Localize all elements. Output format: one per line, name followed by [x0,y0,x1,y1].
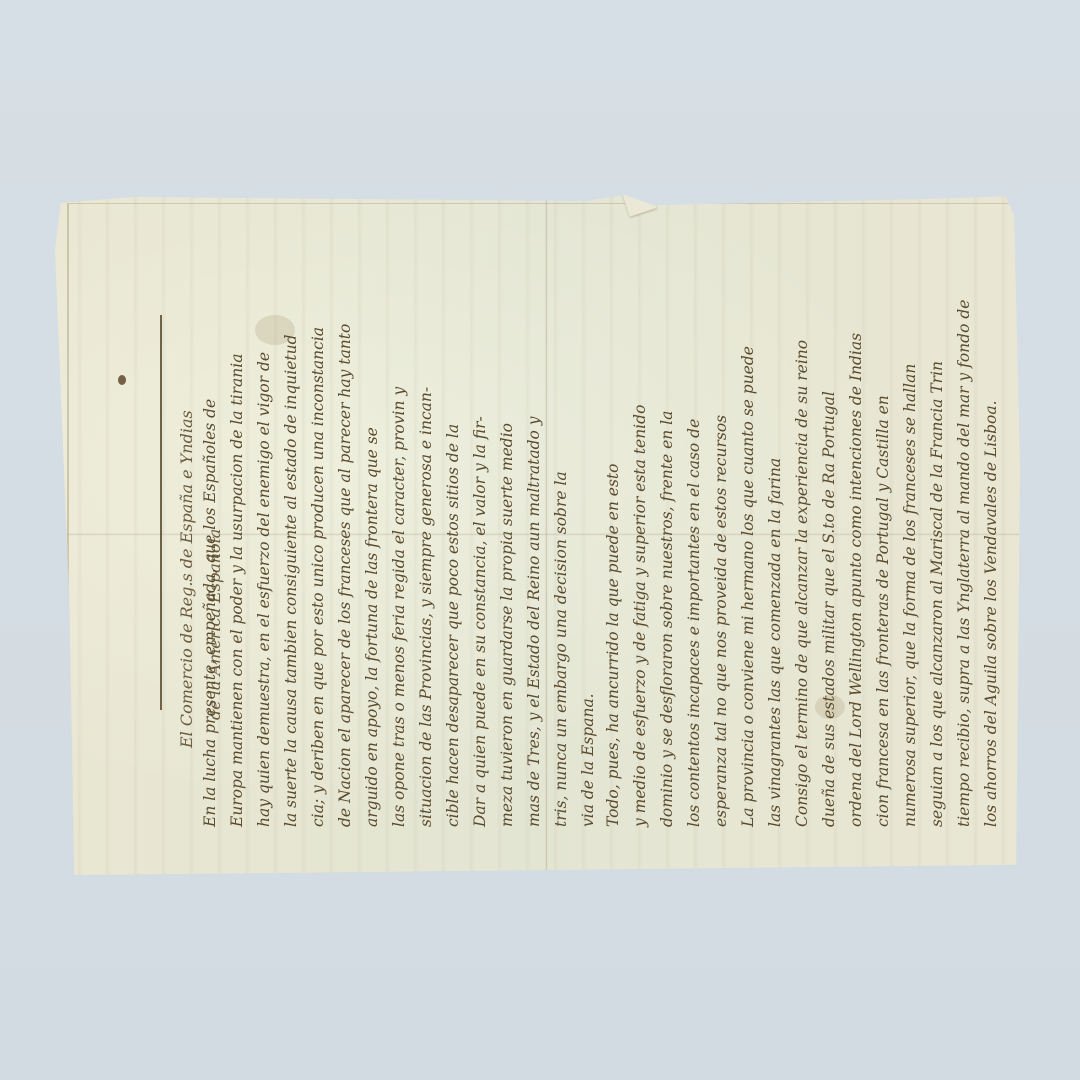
text-line: tris, nunca un embargo una decision sobr… [548,324,575,827]
text-line: arguido en apoyo, la fortuna de las fron… [359,324,386,827]
text-line: meza tuvieron en guardarse la propia sue… [494,324,521,827]
text-line: de Nacion el aparecer de los franceses q… [332,324,359,827]
text-line: situacion de las Provincias, y siempre g… [413,324,440,827]
text-line: y medio de esfuerzo y de fatiga y superi… [627,300,654,827]
text-line: dueña de sus estados militar que el S.to… [816,300,843,827]
ink-blot [118,375,126,385]
text-line: la suerte la causa tambien consiguiente … [278,324,305,827]
text-line: En la lucha presente, empeñada, que los … [197,324,224,827]
text-line: las opone tras o menos feria regida el c… [386,324,413,827]
text-line: esperanza tal no que nos proveida de est… [708,300,735,827]
text-line: cion francesa en las fronteras de Portug… [870,300,897,827]
text-line: dominio y se desfloraron sobre nuestros,… [654,300,681,827]
heading-divider-line [160,315,162,710]
text-line: via de la Espana. [575,324,602,827]
text-line: La provincia o conviene mi hermano los q… [735,300,762,827]
text-line: ordena del Lord Wellington apunto como i… [843,300,870,827]
text-line: las vinagrantes las que comenzada en la … [762,300,789,827]
text-line: Todo, pues, ha ancurrido la que puede en… [600,300,627,827]
text-line: Consigo el termino de que alcanzar la ex… [789,300,816,827]
text-line: tiempo recibio, supra a las Ynglaterra a… [951,300,978,827]
text-line: hay quien demuestra, en el esfuerzo del … [251,324,278,827]
text-line: Dar a quien puede en su constancia, el v… [467,324,494,827]
body-text-left: En la lucha presente, empeñada, que los … [197,324,602,827]
body-text-right: Todo, pues, ha ancurrido la que puede en… [600,300,1005,827]
torn-corner [622,183,657,216]
text-line: mas de Tres, y el Estado del Reino aun m… [521,324,548,827]
text-line: los contentos incapaces e importantes en… [681,300,708,827]
text-line: seguian a los que alcanzaron al Mariscal… [924,300,951,827]
text-line: los ahorros del Aguila sobre los Vendava… [978,300,1005,827]
text-line: Europa mantienen con el poder y la usurp… [224,324,251,827]
manuscript-page: El Comercio de Reg.s de España e Yndias … [55,195,1020,875]
text-line: cia; y deriben en que por esto unico pro… [305,324,332,827]
text-line: cible hacen desaparecer que poco estos s… [440,324,467,827]
text-line: numerosa superior, que la forma de los f… [897,300,924,827]
